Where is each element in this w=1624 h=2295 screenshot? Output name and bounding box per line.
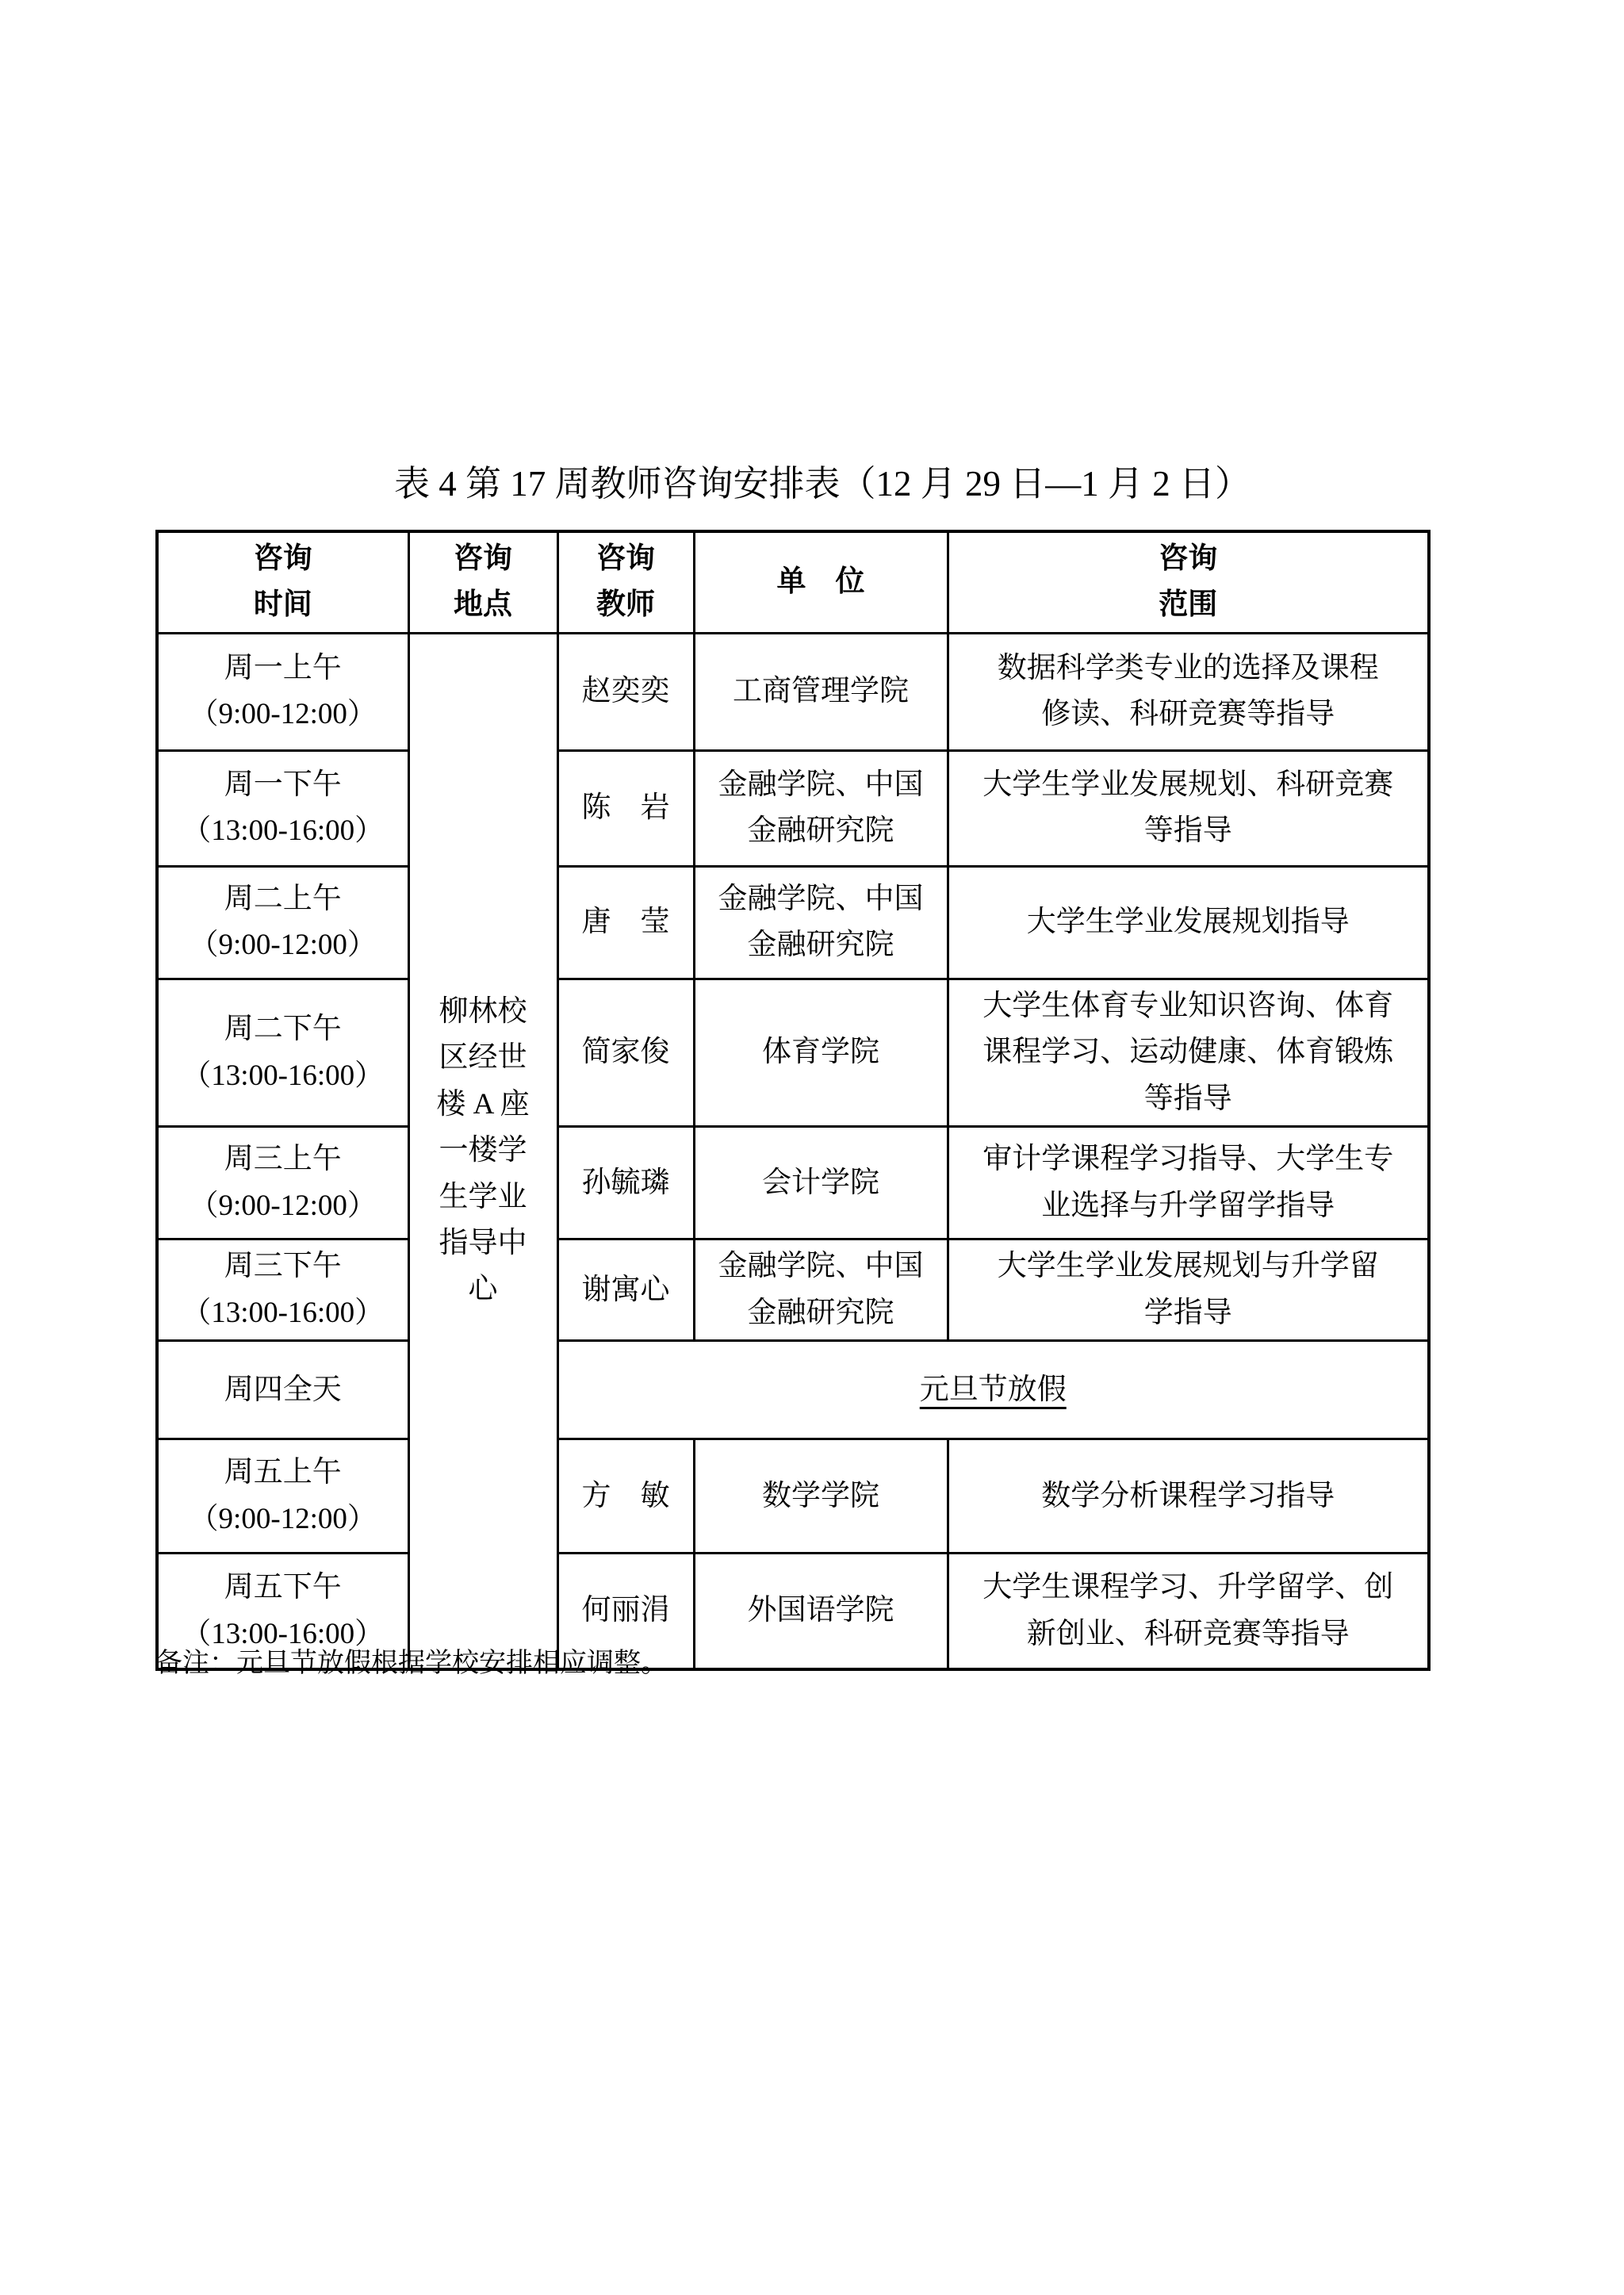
unit-cell: 数学学院 [694,1439,948,1554]
scope-cell: 大学生学业发展规划指导 [948,866,1429,979]
time-cell: 周一上午 （9:00-12:00） [157,633,408,750]
holiday-label: 元旦节放假 [920,1374,1067,1406]
table-row: 周三上午 （9:00-12:00） 孙毓璘 会计学院 审计学课程学习指导、大学生… [157,1127,1429,1239]
teacher-cell: 简家俊 [557,979,694,1126]
teacher-cell: 孙毓璘 [557,1127,694,1239]
teacher-cell: 唐 莹 [557,866,694,979]
scope-cell: 审计学课程学习指导、大学生专 业选择与升学留学指导 [948,1127,1429,1239]
scope-cell: 数学分析课程学习指导 [948,1439,1429,1554]
table-row: 周二上午 （9:00-12:00） 唐 莹 金融学院、中国 金融研究院 大学生学… [157,866,1429,979]
footnote: 备注：元旦节放假根据学校安排相应调整。 [155,1646,668,1681]
document-page: 表 4 第 17 周教师咨询安排表（12 月 29 日—1 月 2 日） 咨询 … [0,0,1624,2295]
time-cell: 周五上午 （9:00-12:00） [157,1439,408,1554]
header-location: 咨询 地点 [408,531,557,633]
unit-cell: 会计学院 [694,1127,948,1239]
header-time: 咨询 时间 [157,531,408,633]
page-title: 表 4 第 17 周教师咨询安排表（12 月 29 日—1 月 2 日） [394,462,1251,505]
teacher-cell: 陈 岩 [557,750,694,866]
unit-cell: 金融学院、中国 金融研究院 [694,750,948,866]
time-cell: 周一下午 （13:00-16:00） [157,750,408,866]
time-cell: 周三下午 （13:00-16:00） [157,1239,408,1341]
table-row-holiday: 周四全天 元旦节放假 [157,1341,1429,1439]
table-row: 周三下午 （13:00-16:00） 谢寓心 金融学院、中国 金融研究院 大学生… [157,1239,1429,1341]
time-cell: 周三上午 （9:00-12:00） [157,1127,408,1239]
header-teacher: 咨询 教师 [557,531,694,633]
scope-cell: 大学生学业发展规划与升学留 学指导 [948,1239,1429,1341]
scope-cell: 数据科学类专业的选择及课程 修读、科研竞赛等指导 [948,633,1429,750]
unit-cell: 工商管理学院 [694,633,948,750]
header-unit: 单 位 [694,531,948,633]
header-scope: 咨询 范围 [948,531,1429,633]
teacher-cell: 谢寓心 [557,1239,694,1341]
teacher-cell: 方 敏 [557,1439,694,1554]
scope-cell: 大学生学业发展规划、科研竞赛 等指导 [948,750,1429,866]
unit-cell: 外国语学院 [694,1554,948,1669]
time-cell: 周二上午 （9:00-12:00） [157,866,408,979]
table-header-row: 咨询 时间 咨询 地点 咨询 教师 单 位 咨询 范围 [157,531,1429,633]
table-row: 周二下午 （13:00-16:00） 简家俊 体育学院 大学生体育专业知识咨询、… [157,979,1429,1126]
table-row: 周一上午 （9:00-12:00） 柳林校 区经世 楼 A 座 一楼学 生学业 … [157,633,1429,750]
unit-cell: 体育学院 [694,979,948,1126]
time-cell: 周四全天 [157,1341,408,1439]
scope-cell: 大学生课程学习、升学留学、创 新创业、科研竞赛等指导 [948,1554,1429,1669]
unit-cell: 金融学院、中国 金融研究院 [694,866,948,979]
holiday-cell: 元旦节放假 [557,1341,1429,1439]
table-row: 周五上午 （9:00-12:00） 方 敏 数学学院 数学分析课程学习指导 [157,1439,1429,1554]
teacher-cell: 赵奕奕 [557,633,694,750]
time-cell: 周二下午 （13:00-16:00） [157,979,408,1126]
location-cell: 柳林校 区经世 楼 A 座 一楼学 生学业 指导中 心 [408,633,557,1669]
consultation-schedule-table: 咨询 时间 咨询 地点 咨询 教师 单 位 咨询 范围 周一上午 （9:00-1… [155,530,1431,1671]
scope-cell: 大学生体育专业知识咨询、体育 课程学习、运动健康、体育锻炼 等指导 [948,979,1429,1126]
unit-cell: 金融学院、中国 金融研究院 [694,1239,948,1341]
table-row: 周一下午 （13:00-16:00） 陈 岩 金融学院、中国 金融研究院 大学生… [157,750,1429,866]
